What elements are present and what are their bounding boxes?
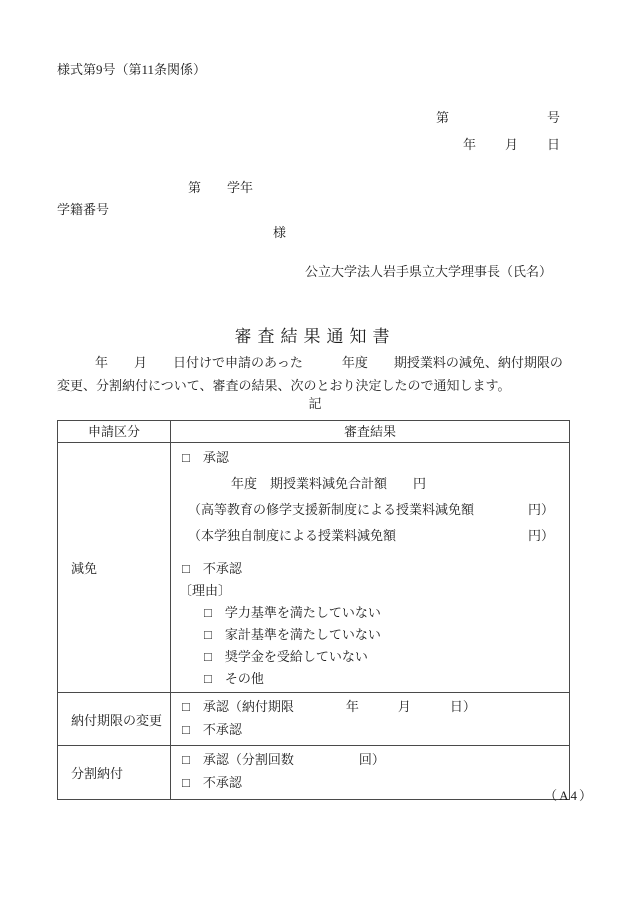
date-day-label: 日	[547, 136, 560, 154]
document-title: 審査結果通知書	[0, 325, 630, 349]
exemption-total-amount-line: 年度 期授業料減免合計額 円	[171, 471, 569, 497]
issuer-line: 公立大学法人岩手県立大学理事長（氏名）	[305, 263, 552, 281]
grade-line: 第 学年	[188, 179, 253, 197]
honorific-sama: 様	[273, 224, 286, 242]
mext-support-yen: 円）	[528, 497, 554, 523]
reason-household-checkbox-line: □ 家計基準を満たしていない	[171, 624, 569, 646]
body-line-2: 変更、分割納付について、審査の結果、次のとおり決定したので通知します。	[57, 375, 573, 398]
university-system-yen: 円）	[528, 523, 554, 549]
date-year-label: 年	[463, 136, 476, 154]
mext-support-text: （高等教育の修学支援新制度による授業料減免額	[188, 497, 474, 523]
table-row-installment: 分割納付 □ 承認（分割回数 回） □ 不承認	[58, 746, 570, 800]
document-page: 様式第9号（第11条関係） 第 号 年 月 日 第 学年 学籍番号 様 公立大学…	[0, 0, 630, 903]
ki-marker: 記	[0, 395, 630, 413]
installment-result-cell: □ 承認（分割回数 回） □ 不承認	[171, 746, 570, 800]
blank-line	[171, 549, 569, 558]
exemption-result-cell: □ 承認 年度 期授業料減免合計額 円 （高等教育の修学支援新制度による授業料減…	[171, 443, 570, 693]
doc-number-suffix: 号	[547, 109, 560, 127]
row-label-installment: 分割納付	[58, 746, 171, 800]
reason-academic-checkbox-line: □ 学力基準を満たしていない	[171, 602, 569, 624]
reason-scholarship-checkbox-line: □ 奨学金を受給していない	[171, 646, 569, 668]
doc-number-prefix: 第	[436, 109, 449, 127]
body-line-1: 年 月 日付けで申請のあった 年度 期授業料の減免、納付期限の	[57, 352, 573, 375]
deadline-reject-checkbox-line: □ 不承認	[171, 718, 569, 741]
exemption-reject-checkbox-line: □ 不承認	[171, 558, 569, 580]
deadline-result-cell: □ 承認（納付期限 年 月 日） □ 不承認	[171, 693, 570, 746]
table-header-row: 申請区分 審査結果	[58, 421, 570, 443]
exemption-approve-checkbox-line: □ 承認	[171, 445, 569, 471]
form-number: 様式第9号（第11条関係）	[57, 61, 206, 79]
date-month-label: 月	[505, 136, 518, 154]
table-row-deadline-change: 納付期限の変更 □ 承認（納付期限 年 月 日） □ 不承認	[58, 693, 570, 746]
table-row-exemption: 減免 □ 承認 年度 期授業料減免合計額 円 （高等教育の修学支援新制度による授…	[58, 443, 570, 693]
paper-size-note: （A4）	[544, 787, 594, 805]
university-system-text: （本学独自制度による授業料減免額	[188, 523, 396, 549]
installment-approve-checkbox-line: □ 承認（分割回数 回）	[171, 748, 569, 771]
exemption-mext-support-line: （高等教育の修学支援新制度による授業料減免額 円）	[171, 497, 569, 523]
row-label-exemption: 減免	[58, 443, 171, 693]
result-table: 申請区分 審査結果 減免 □ 承認 年度 期授業料減免合計額 円 （高等教育の修…	[57, 420, 570, 800]
exemption-university-system-line: （本学独自制度による授業料減免額 円）	[171, 523, 569, 549]
col-header-application-type: 申請区分	[58, 421, 171, 443]
reason-other-checkbox-line: □ その他	[171, 668, 569, 690]
document-number-line: 第 号	[436, 109, 560, 127]
col-header-result: 審査結果	[171, 421, 570, 443]
date-line: 年 月 日	[463, 136, 560, 154]
deadline-approve-checkbox-line: □ 承認（納付期限 年 月 日）	[171, 695, 569, 718]
reason-label: 〔理由〕	[171, 580, 569, 602]
installment-reject-checkbox-line: □ 不承認	[171, 771, 569, 794]
student-id-label: 学籍番号	[57, 201, 109, 219]
row-label-deadline-change: 納付期限の変更	[58, 693, 171, 746]
body-paragraph: 年 月 日付けで申請のあった 年度 期授業料の減免、納付期限の 変更、分割納付に…	[57, 352, 573, 397]
